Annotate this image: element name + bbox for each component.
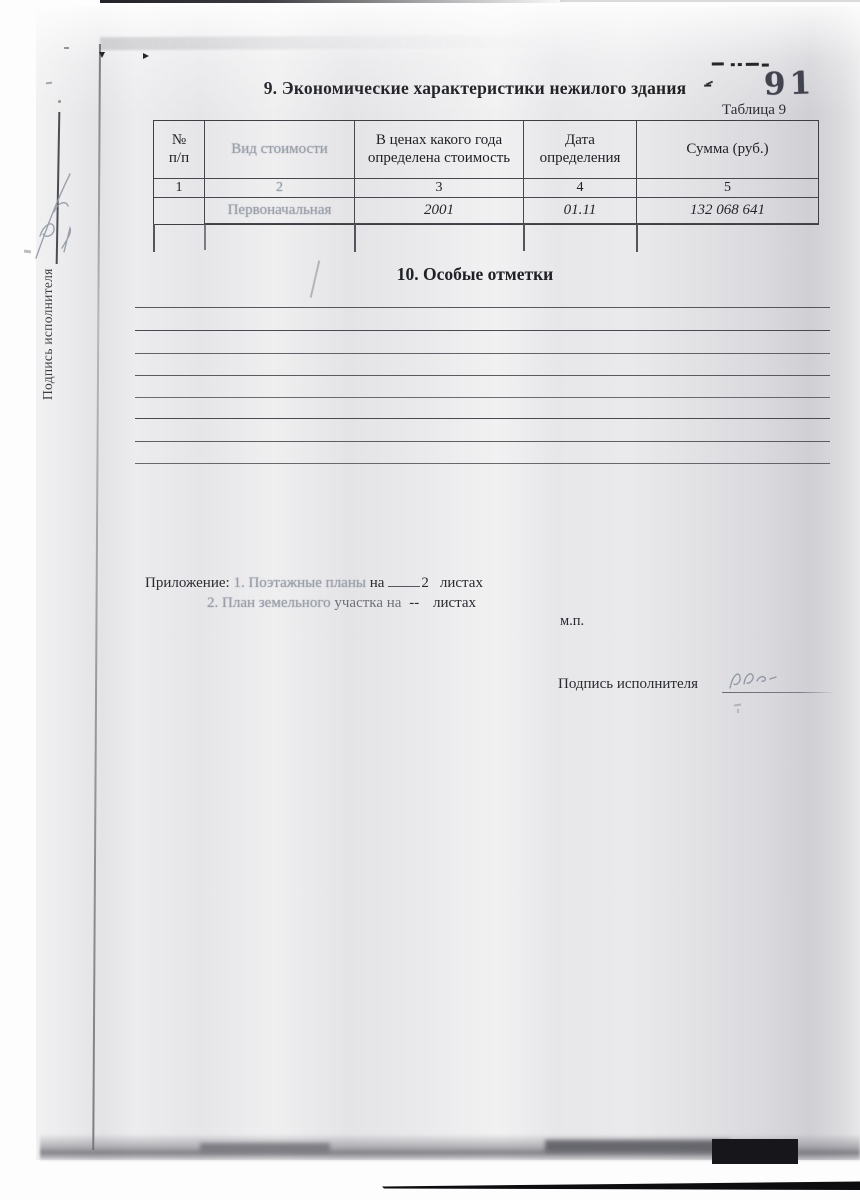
data-cell-sum: 132 068 641 bbox=[637, 198, 818, 224]
economic-characteristics-table: № п/п Вид стоимости В ценах какого года … bbox=[153, 120, 819, 225]
appendix-line-2: 2. План земельного участка на -- листах bbox=[207, 595, 476, 612]
column-number: 5 bbox=[637, 179, 818, 198]
scan-speck bbox=[58, 100, 61, 103]
appendix-line-1: Приложение: 1. Поэтажные планы на2листах bbox=[145, 573, 483, 592]
blank-line bbox=[135, 307, 830, 308]
executor-signature-label: Подпись исполнителя bbox=[558, 676, 698, 693]
section9-title: 9. Экономические характеристики нежилого… bbox=[130, 78, 820, 99]
header-cell-value-type: Вид стоимости bbox=[205, 121, 355, 179]
scan-speck bbox=[99, 52, 105, 58]
scan-speck bbox=[64, 47, 69, 49]
executor-signature-mark bbox=[726, 668, 786, 694]
appendix-item2-unit: листах bbox=[433, 595, 476, 611]
data-cell-num bbox=[154, 198, 205, 224]
header-cell-price-year: В ценах какого года определена стоимость bbox=[355, 121, 524, 179]
scan-bottom-black-mark bbox=[712, 1139, 798, 1164]
scan-bottom-smudge bbox=[545, 1140, 730, 1152]
blank-line bbox=[135, 397, 830, 398]
data-cell-date: 01.11 bbox=[524, 198, 637, 224]
fill-in-blank bbox=[388, 573, 420, 587]
blank-line bbox=[135, 353, 830, 354]
table-open-row bbox=[153, 224, 817, 252]
stamp-place-label: м.п. bbox=[560, 613, 584, 630]
blank-line bbox=[135, 375, 830, 376]
column-number: 2 bbox=[205, 179, 355, 198]
scan-shadow-wedge bbox=[100, 35, 560, 50]
section10-title: 10. Особые отметки bbox=[130, 264, 820, 285]
blank-line bbox=[135, 330, 830, 331]
scan-speck bbox=[737, 709, 739, 713]
table-caption: Таблица 9 bbox=[722, 102, 786, 119]
appendix-item2-name: 2. План земельного bbox=[207, 595, 331, 611]
data-cell-value-type: Первоначальная bbox=[205, 198, 355, 224]
appendix-item1-conn: на bbox=[370, 575, 385, 591]
sidebar-signature-mark bbox=[26, 166, 82, 262]
column-number: 4 bbox=[524, 179, 637, 198]
blank-line bbox=[135, 441, 830, 442]
scan-speck bbox=[143, 53, 149, 59]
scan-top-edge bbox=[100, 0, 570, 3]
blank-line bbox=[135, 418, 830, 419]
scan-bottom-smudge bbox=[200, 1143, 330, 1152]
header-cell-num: № п/п bbox=[154, 121, 205, 179]
column-number: 3 bbox=[355, 179, 524, 198]
appendix-item2-conn: участка на bbox=[334, 595, 401, 611]
scan-top-edge-right bbox=[560, 0, 860, 2]
appendix-item2-dash: -- bbox=[409, 595, 419, 611]
appendix-item1-unit: листах bbox=[440, 575, 483, 591]
header-cell-sum: Сумма (руб.) bbox=[637, 121, 818, 179]
header-cell-date: Дата определения bbox=[524, 121, 637, 179]
appendix-item1-value: 2 bbox=[421, 575, 429, 591]
blank-line bbox=[135, 463, 830, 464]
data-cell-price-year: 2001 bbox=[355, 198, 524, 224]
column-number: 1 bbox=[154, 179, 205, 198]
appendix-label: Приложение: bbox=[145, 575, 230, 591]
sidebar-signature-label: Подпись исполнителя bbox=[40, 268, 56, 400]
appendix-item1-name: 1. Поэтажные планы bbox=[233, 575, 366, 591]
